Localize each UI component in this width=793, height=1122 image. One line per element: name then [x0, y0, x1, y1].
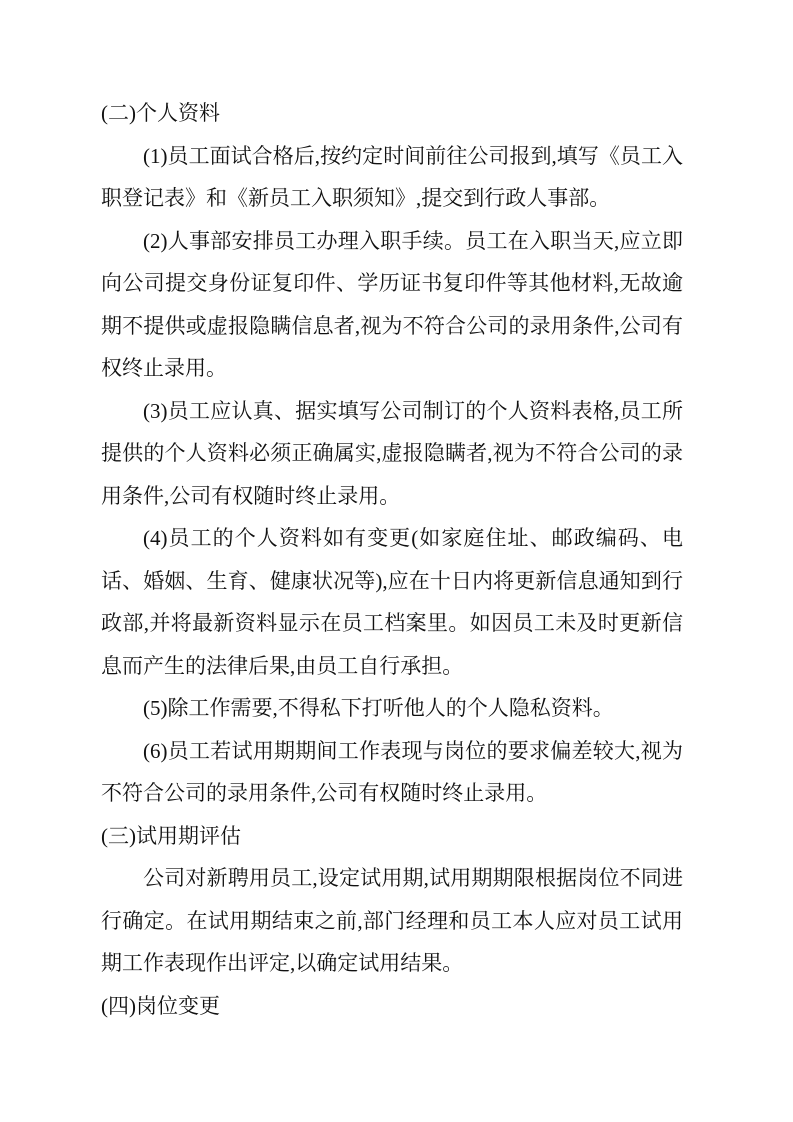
section-heading-personal-info: (二)个人资料: [101, 92, 683, 135]
document-page: (二)个人资料 (1)员工面试合格后,按约定时间前往公司报到,填写《员工入职登记…: [0, 0, 793, 1122]
clause-4-data-update: (4)员工的个人资料如有变更(如家庭住址、邮政编码、电话、婚姻、生育、健康状况等…: [101, 517, 683, 687]
clause-3-personal-data-form: (3)员工应认真、据实填写公司制订的个人资料表格,员工所提供的个人资料必须正确属…: [101, 390, 683, 518]
clause-6-probation-performance: (6)员工若试用期期间工作表现与岗位的要求偏差较大,视为不符合公司的录用条件,公…: [101, 730, 683, 815]
paragraph-probation-evaluation: 公司对新聘用员工,设定试用期,试用期期限根据岗位不同进行确定。在试用期结束之前,…: [101, 857, 683, 985]
section-heading-probation-evaluation: (三)试用期评估: [101, 815, 683, 858]
clause-2-entry-procedures: (2)人事部安排员工办理入职手续。员工在入职当天,应立即向公司提交身份证复印件、…: [101, 220, 683, 390]
section-heading-position-change: (四)岗位变更: [101, 985, 683, 1028]
clause-1-onboarding-registration: (1)员工面试合格后,按约定时间前往公司报到,填写《员工入职登记表》和《新员工入…: [101, 135, 683, 220]
document-body: (二)个人资料 (1)员工面试合格后,按约定时间前往公司报到,填写《员工入职登记…: [101, 92, 683, 1027]
clause-5-privacy: (5)除工作需要,不得私下打听他人的个人隐私资料。: [101, 687, 683, 730]
